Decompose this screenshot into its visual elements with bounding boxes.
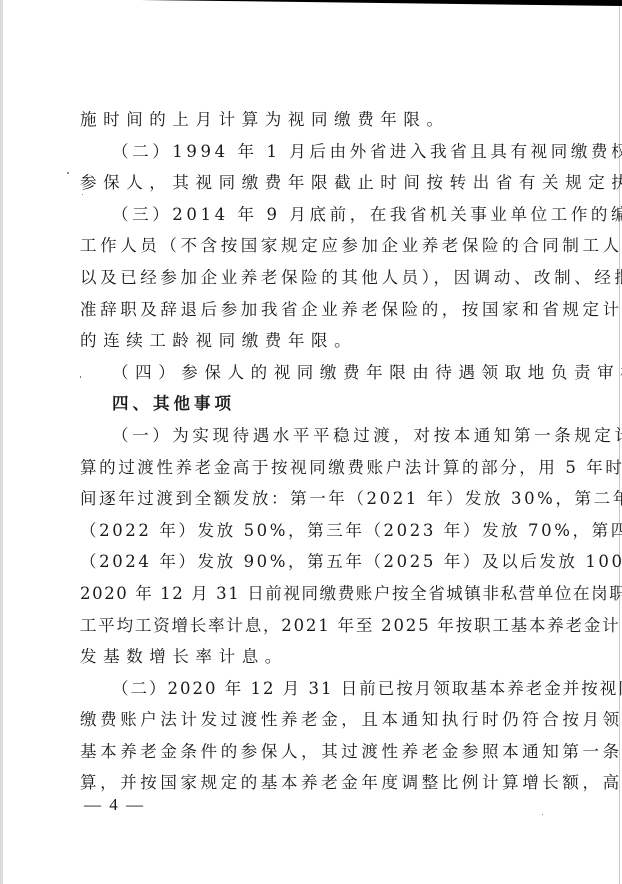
paragraph-line: 2020 年 12 月 31 日前视同缴费账户按全省城镇非私营单位在岗职 [80, 578, 540, 610]
section-heading: 四、其他事项 [80, 388, 540, 420]
paragraph-line: 准辞职及辞退后参加我省企业养老保险的，按国家和省规定计算 [80, 294, 540, 326]
paragraph-line: 算的过渡性养老金高于按视同缴费账户法计算的部分，用 5 年时 [80, 452, 540, 484]
paragraph-line: （2024 年）发放 90%，第五年（2025 年）及以后发放 100%。 [80, 546, 540, 578]
paragraph-line: 以及已经参加企业养老保险的其他人员），因调动、改制、经批 [80, 262, 540, 294]
paragraph-line: 基本养老金条件的参保人，其过渡性养老金参照本通知第一条计 [80, 736, 540, 768]
scan-speck [542, 814, 543, 815]
paragraph-line: 参保人，其视同缴费年限截止时间按转出省有关规定执行。 [80, 167, 540, 199]
scan-top-shadow [140, 0, 622, 6]
document-page: 施时间的上月计算为视同缴费年限。 （二）1994 年 1 月后由外省进入我省且具… [80, 104, 540, 799]
scan-speck [80, 376, 81, 378]
paragraph-line: （2022 年）发放 50%，第三年（2023 年）发放 70%，第四年 [80, 515, 540, 547]
paragraph-line: 发基数增长率计息。 [80, 641, 540, 673]
paragraph-line: （四）参保人的视同缴费年限由待遇领取地负责审核。 [80, 357, 540, 389]
paragraph-line: 算，并按国家规定的基本养老金年度调整比例计算增长额，高于 [80, 767, 540, 799]
paragraph-line: （二）1994 年 1 月后由外省进入我省且具有视同缴费权益的 [80, 136, 540, 168]
scan-speck [82, 194, 83, 195]
paragraph-line: 施时间的上月计算为视同缴费年限。 [80, 104, 540, 136]
paragraph-line: （一）为实现待遇水平平稳过渡，对按本通知第一条规定计 [80, 420, 540, 452]
paragraph-line: 的连续工龄视同缴费年限。 [80, 325, 540, 357]
page-number: — 4 — [84, 795, 145, 815]
paragraph-line: 间逐年过渡到全额发放：第一年（2021 年）发放 30%，第二年 [80, 483, 540, 515]
paragraph-line: 工作人员（不含按国家规定应参加企业养老保险的合同制工人， [80, 230, 540, 262]
paragraph-line: 工平均工资增长率计息，2021 年至 2025 年按职工基本养老金计 [80, 610, 540, 642]
scan-left-edge [0, 0, 3, 884]
scan-speck [67, 172, 69, 174]
paragraph-line: （二）2020 年 12 月 31 日前已按月领取基本养老金并按视同 [80, 673, 540, 705]
paragraph-line: 缴费账户法计发过渡性养老金，且本通知执行时仍符合按月领取 [80, 704, 540, 736]
paragraph-line: （三）2014 年 9 月底前，在我省机关事业单位工作的编制内 [80, 199, 540, 231]
